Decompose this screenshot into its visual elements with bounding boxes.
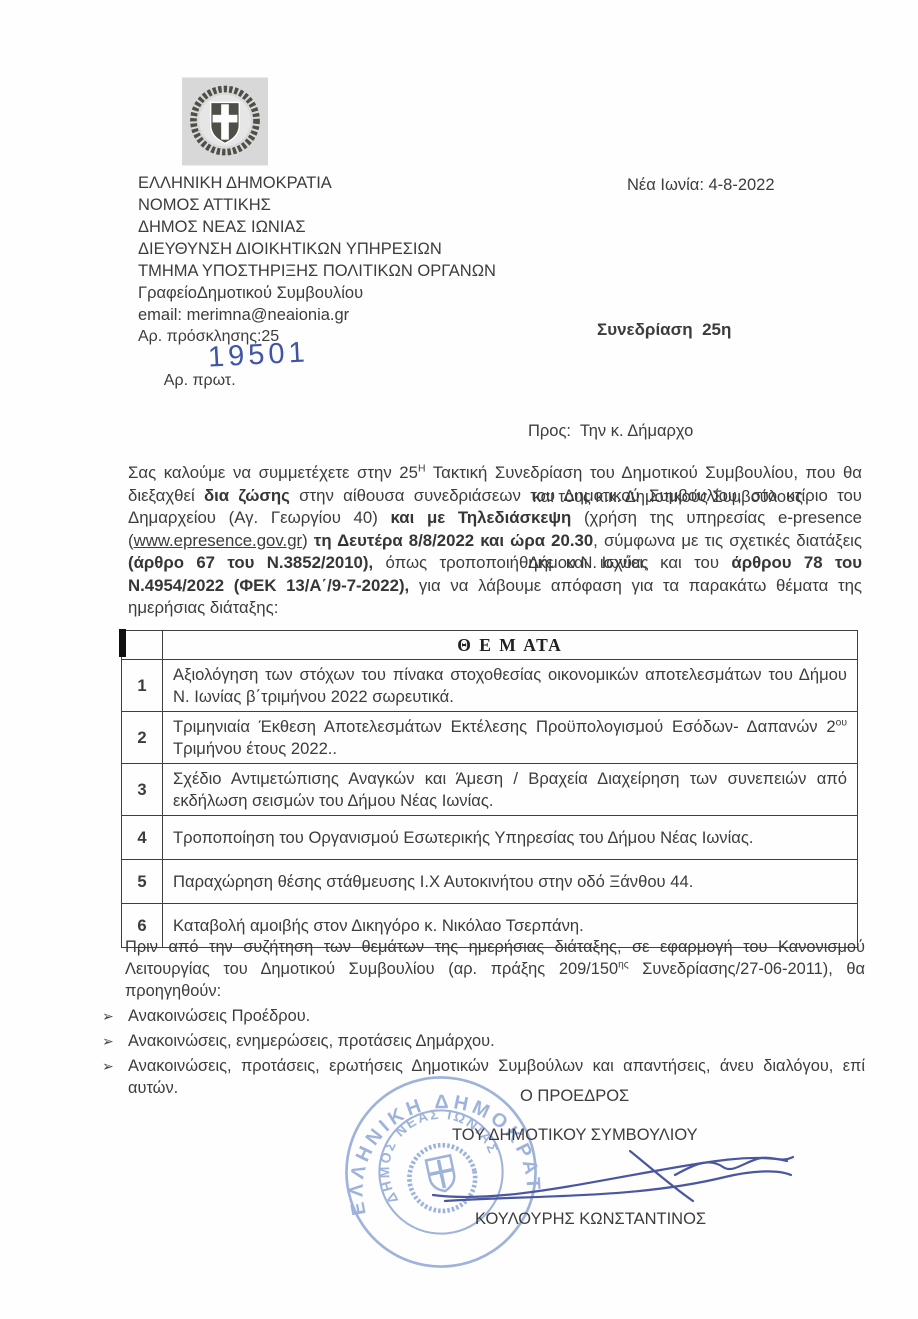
- header-line-prefecture: ΝΟΜΟΣ ΑΤΤΙΚΗΣ: [138, 194, 608, 216]
- session-number-line: Συνεδρίαση 25η: [597, 320, 731, 340]
- topic-number: 2: [122, 712, 163, 764]
- header-line-municipality: ΔΗΜΟΣ ΝΕΑΣ ΙΩΝΙΑΣ: [138, 216, 608, 238]
- header-line-republic: ΕΛΛΗΝΙΚΗ ΔΗΜΟΚΡΑΤΙΑ: [138, 172, 608, 194]
- signature-graphic: [425, 1145, 800, 1210]
- topics-header-empty-cell: [122, 631, 163, 660]
- signatory-name: ΚΟΥΛΟΥΡΗΣ ΚΩΝΣΤΑΝΤΙΝΟΣ: [475, 1210, 706, 1229]
- handwritten-signature: [425, 1145, 800, 1215]
- table-row: 1 Αξιολόγηση των στόχων του πίνακα στοχο…: [122, 660, 858, 712]
- topics-table-title: Θ Ε Μ ΑΤΑ: [163, 631, 858, 660]
- arrow-bullet-icon: ➢: [100, 1005, 128, 1027]
- topic-number: 1: [122, 660, 163, 712]
- intro-paragraph: Σας καλούμε να συμμετέχετε στην 25Η Τακτ…: [128, 462, 862, 620]
- topic-text: Τροποποίηση του Οργανισμού Εσωτερικής Υπ…: [163, 816, 858, 860]
- scan-artifact-mark: [119, 629, 126, 657]
- handwritten-protocol-number: 19501: [207, 341, 309, 368]
- table-row: 3 Σχέδιο Αντιμετώπισης Αναγκών και Άμεση…: [122, 764, 858, 816]
- header-line-email: email: merimna@neaionia.gr: [138, 304, 608, 326]
- topic-text: Σχέδιο Αντιμετώπισης Αναγκών και Άμεση /…: [163, 764, 858, 816]
- topic-number: 3: [122, 764, 163, 816]
- table-row: 2 Τριμηνιαία Έκθεση Αποτελεσμάτων Εκτέλε…: [122, 712, 858, 764]
- header-line-directorate: ΔΙΕΥΘΥΝΣΗ ΔΙΟΙΚΗΤΙΚΩΝ ΥΠΗΡΕΣΙΩΝ: [138, 238, 608, 260]
- topic-text: Αξιολόγηση των στόχων του πίνακα στοχοθε…: [163, 660, 858, 712]
- header-line-department: ΤΜΗΜΑ ΥΠΟΣΤΗΡΙΞΗΣ ΠΟΛΙΤΙΚΩΝ ΟΡΓΑΝΩΝ: [138, 260, 608, 282]
- arrow-bullet-icon: ➢: [100, 1055, 128, 1077]
- topics-table: Θ Ε Μ ΑΤΑ 1 Αξιολόγηση των στόχων του πί…: [121, 630, 858, 948]
- list-item: ➢ Ανακοινώσεις Προέδρου.: [100, 1005, 865, 1027]
- closing-paragraph: Πριν από την συζήτηση των θεμάτων της ημ…: [100, 936, 865, 1002]
- topic-number: 4: [122, 816, 163, 860]
- coat-of-arms-graphic: [182, 77, 268, 166]
- table-row: 5 Παραχώρηση θέσης στάθμευσης Ι.Χ Αυτοκι…: [122, 860, 858, 904]
- bullet-text: Ανακοινώσεις, ενημερώσεις, προτάσεις Δημ…: [128, 1030, 865, 1052]
- list-item: ➢ Ανακοινώσεις, ενημερώσεις, προτάσεις Δ…: [100, 1030, 865, 1052]
- scanned-letter-page: ΕΛΛΗΝΙΚΗ ΔΗΜΟΚΡΑΤΙΑ ΝΟΜΟΣ ΑΤΤΙΚΗΣ ΔΗΜΟΣ …: [0, 0, 918, 1319]
- protocol-label: Αρ. πρωτ.: [164, 372, 236, 389]
- header-line-office: ΓραφείοΔημοτικού Συμβουλίου: [138, 282, 608, 304]
- signatory-subtitle: ΤΟΥ ΔΗΜΟΤΙΚΟΥ ΣΥΜΒΟΥΛΙΟΥ: [452, 1126, 698, 1145]
- greek-coat-of-arms-icon: [182, 77, 268, 166]
- bullet-text: Ανακοινώσεις Προέδρου.: [128, 1005, 865, 1027]
- topic-text: Παραχώρηση θέσης στάθμευσης Ι.Χ Αυτοκινή…: [163, 860, 858, 904]
- recipient-line-mayor: Προς: Την κ. Δήμαρχο: [528, 420, 803, 442]
- topics-header-row: Θ Ε Μ ΑΤΑ: [122, 631, 858, 660]
- topic-text: Τριμηνιαία Έκθεση Αποτελεσμάτων Εκτέλεση…: [163, 712, 858, 764]
- topic-number: 5: [122, 860, 163, 904]
- arrow-bullet-icon: ➢: [100, 1030, 128, 1052]
- table-row: 4 Τροποποίηση του Οργανισμού Εσωτερικής …: [122, 816, 858, 860]
- date-line: Νέα Ιωνία: 4-8-2022: [627, 176, 775, 195]
- signatory-title: Ο ΠΡΟΕΔΡΟΣ: [520, 1087, 629, 1106]
